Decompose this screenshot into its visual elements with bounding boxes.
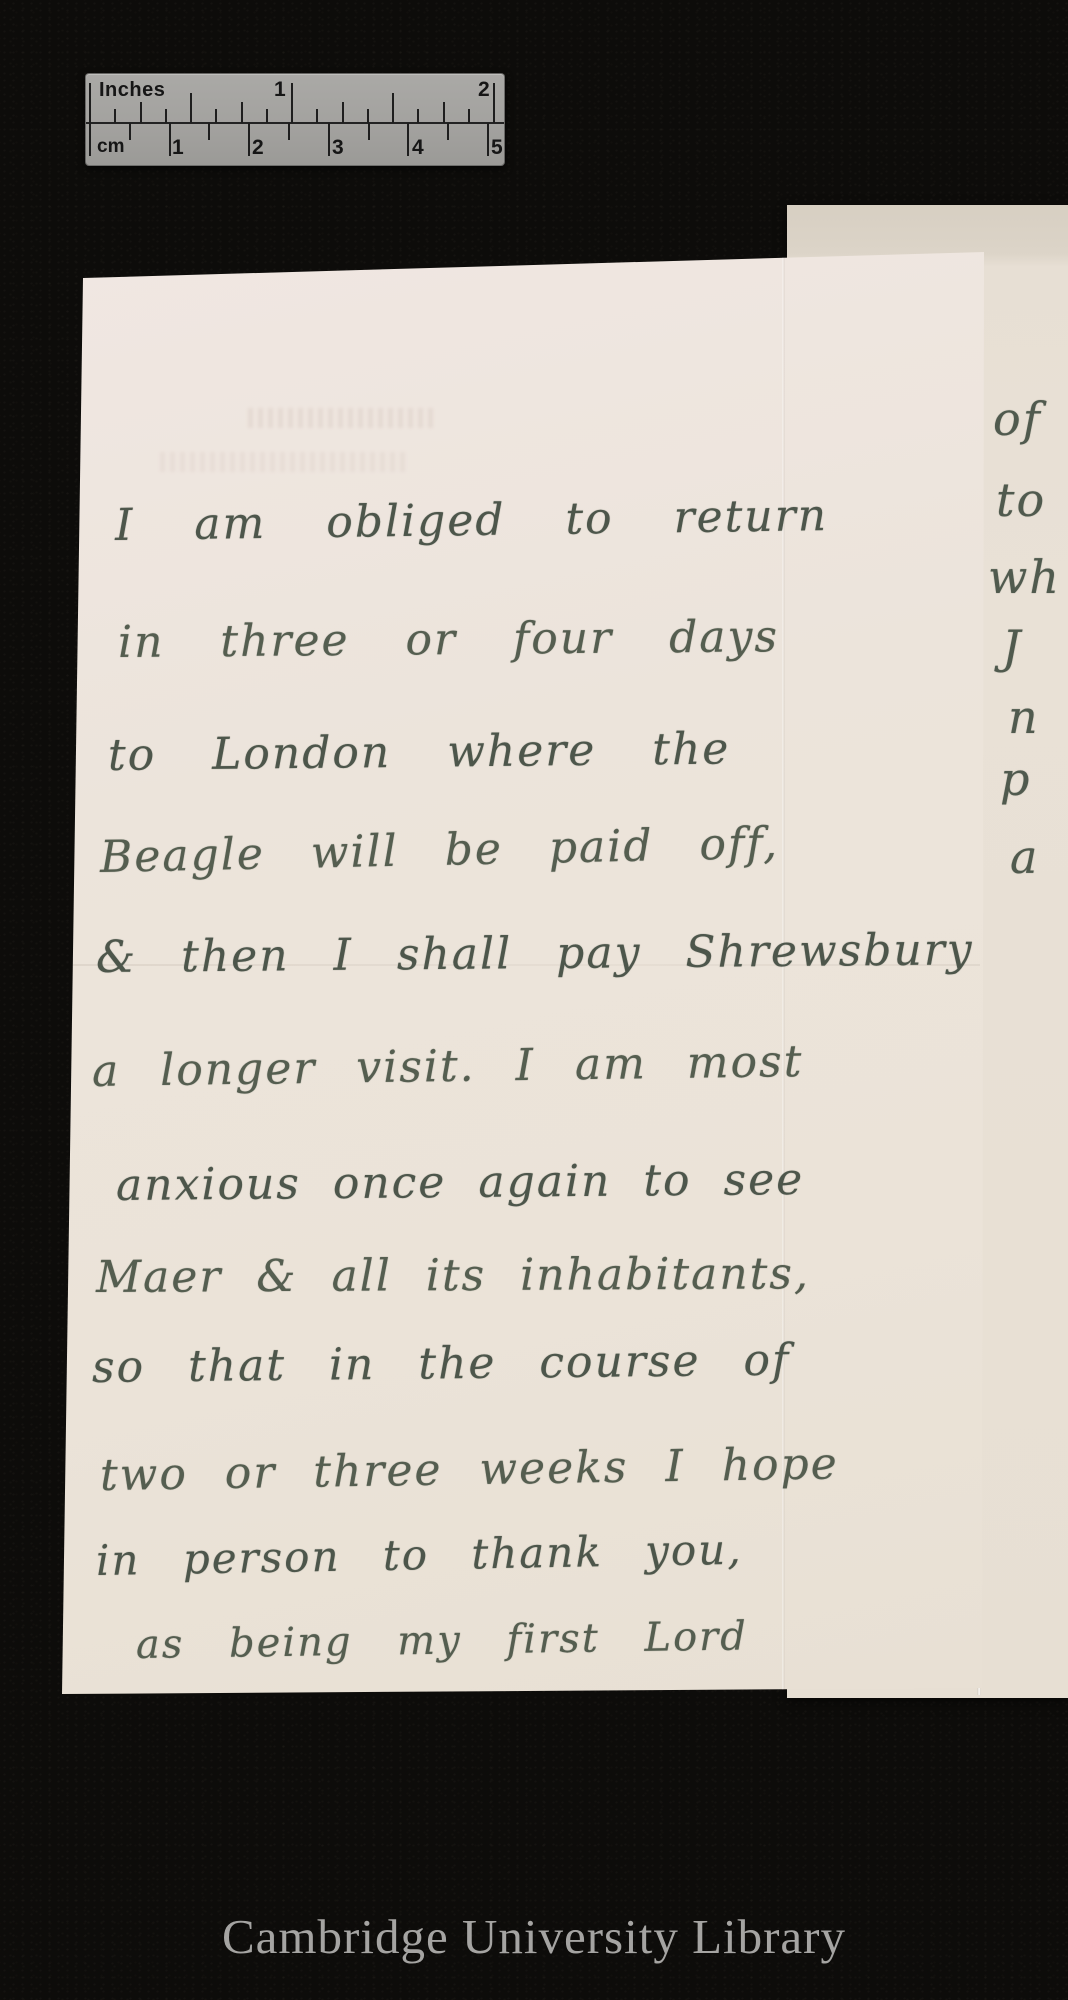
ruler-cm-tick bbox=[487, 123, 489, 156]
page2-line-fragment: a bbox=[1010, 830, 1039, 884]
page2-line-fragment: wh bbox=[988, 550, 1061, 604]
page2-line-fragment: of bbox=[993, 392, 1042, 446]
ruler-inch-tick bbox=[367, 109, 369, 123]
handwritten-line: to London where the bbox=[108, 723, 731, 781]
page2-line-fragment: n bbox=[1008, 690, 1040, 744]
ruler-inch-tick bbox=[215, 109, 217, 123]
ruler-cm-tick bbox=[208, 123, 210, 140]
ruler-inch-tick bbox=[190, 93, 192, 123]
library-watermark: Cambridge University Library bbox=[0, 1908, 1068, 1965]
ruler-cm-number: 2 bbox=[252, 136, 264, 160]
ruler-inch-tick bbox=[266, 109, 268, 123]
page2-line-fragment: J bbox=[1002, 620, 1022, 674]
ruler-inch-tick bbox=[392, 93, 394, 123]
ruler-inch-tick bbox=[89, 83, 91, 123]
ruler-cm-tick bbox=[407, 123, 409, 156]
ruler-inch-tick bbox=[291, 83, 293, 123]
ruler-inch-tick bbox=[443, 102, 445, 123]
ruler-cm-number: 5 bbox=[491, 136, 503, 160]
ruler-inch-tick bbox=[140, 102, 142, 123]
ruler-inch-tick bbox=[417, 109, 419, 123]
ruler-inches-label: Inches bbox=[99, 79, 165, 102]
handwritten-line: & then I shall pay Shrewsbury bbox=[96, 924, 974, 983]
ruler-inch-tick bbox=[316, 109, 318, 123]
handwritten-line: in three or four days bbox=[118, 611, 779, 668]
ruler-inch-number: 1 bbox=[274, 78, 286, 102]
ruler-cm-tick bbox=[447, 123, 449, 140]
ruler-cm-label: cm bbox=[97, 136, 124, 158]
handwritten-line: Maer & all its inhabitants, bbox=[96, 1248, 810, 1303]
ruler-inch-tick bbox=[114, 109, 116, 123]
handwritten-line: anxious once again to see bbox=[116, 1154, 805, 1211]
page2-line-fragment: to bbox=[996, 473, 1046, 527]
ruler-cm-number: 4 bbox=[412, 136, 424, 160]
ruler-inch-tick bbox=[493, 83, 495, 123]
photograph-scene: Inches 12 cm 12345 I am obliged to retur… bbox=[0, 0, 1068, 2000]
ruler-inch-tick bbox=[468, 109, 470, 123]
ruler-inch-tick bbox=[165, 109, 167, 123]
embossed-letterhead-mark bbox=[248, 408, 433, 428]
handwritten-line: I am obliged to return bbox=[115, 490, 829, 551]
ruler-cm-tick bbox=[129, 123, 131, 140]
ruler-midline bbox=[86, 122, 504, 124]
handwritten-line: so that in the course of bbox=[92, 1335, 791, 1393]
ruler-cm-tick bbox=[288, 123, 290, 140]
page2-line-fragment: p bbox=[1000, 752, 1031, 806]
embossed-letterhead-mark bbox=[160, 452, 405, 472]
ruler-cm-number: 3 bbox=[332, 136, 344, 160]
ruler-cm-tick bbox=[248, 123, 250, 156]
handwritten-line: a longer visit. I am most bbox=[92, 1036, 804, 1097]
ruler-inch-tick bbox=[342, 102, 344, 123]
ruler-cm-tick bbox=[368, 123, 370, 140]
ruler-cm-tick bbox=[89, 123, 91, 156]
ruler-cm-number: 1 bbox=[172, 136, 184, 160]
handwritten-line: as being my first Lord bbox=[136, 1613, 748, 1668]
ruler-cm-tick bbox=[169, 123, 171, 156]
ruler-cm-tick bbox=[328, 123, 330, 156]
ruler-inch-tick bbox=[241, 102, 243, 123]
measurement-ruler: Inches 12 cm 12345 bbox=[85, 73, 505, 166]
ruler-inch-number: 2 bbox=[478, 78, 490, 102]
